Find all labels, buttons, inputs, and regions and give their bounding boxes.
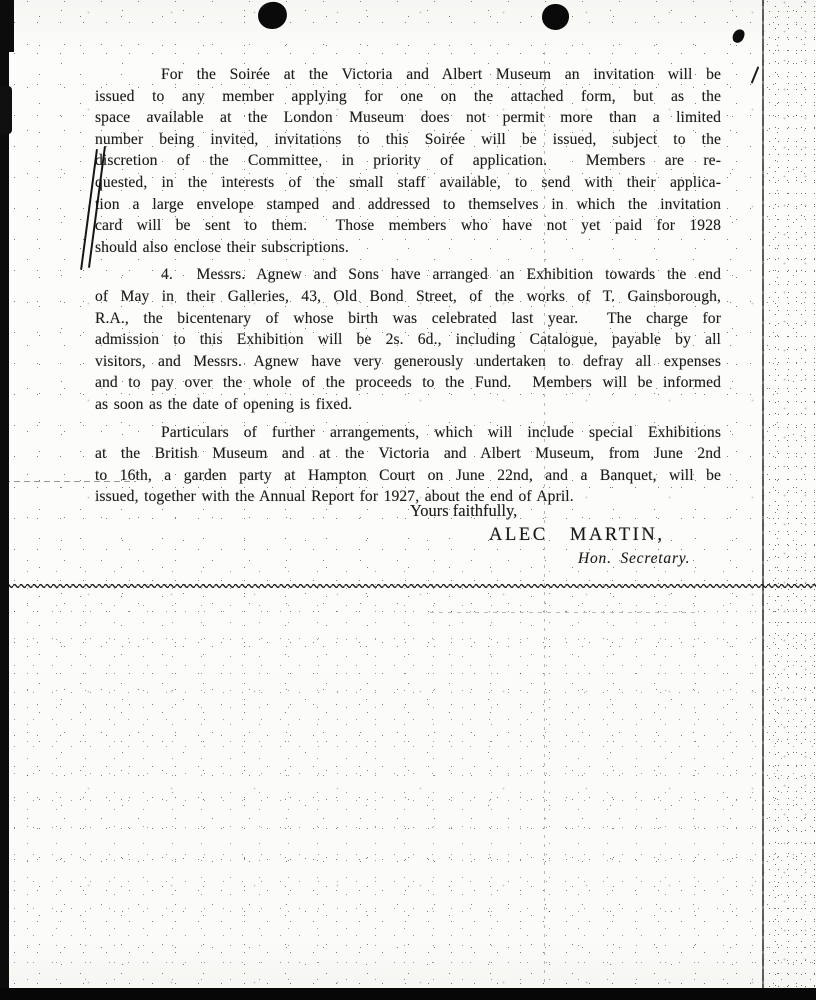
- scan-edge-left-top: [0, 0, 14, 52]
- vertical-crease: [544, 52, 545, 988]
- text-line: number being invited, invitations to thi…: [95, 129, 721, 151]
- text-line: R.A., the bicentenary of whose birth was…: [95, 308, 721, 330]
- punch-hole-right: [541, 3, 571, 32]
- paragraph-further-arrangements: Particulars of further arrangements, whi…: [95, 422, 721, 508]
- page-fold-line: [762, 0, 764, 1000]
- text-line: For the Soirée at the Victoria and Alber…: [95, 64, 721, 86]
- horizontal-crease-middle: [430, 612, 700, 613]
- text-line: discretion of the Committee, in priority…: [95, 150, 721, 172]
- text-line: as soon as the date of opening is fixed.: [95, 394, 721, 416]
- signature-name: ALEC MARTIN,: [489, 525, 665, 546]
- text-line: should also enclose their subscriptions.: [95, 237, 721, 259]
- text-line: Particulars of further arrangements, whi…: [95, 422, 721, 444]
- horizontal-crease-left: [4, 481, 136, 482]
- text-line: card will be sent to them. Those members…: [95, 215, 721, 237]
- text-line: at the British Museum and at the Victori…: [95, 443, 721, 465]
- text-line: 4. Messrs. Agnew and Sons have arranged …: [95, 264, 721, 286]
- text-line: issued, together with the Annual Report …: [95, 486, 721, 508]
- scan-edge-left: [0, 0, 9, 1000]
- text-line: tion a large envelope stamped and addres…: [95, 194, 721, 216]
- text-line: space available at the London Museum doe…: [95, 107, 721, 129]
- wavy-rule: [0, 582, 816, 590]
- scan-noise-lower: [0, 560, 816, 990]
- ink-stroke: [751, 66, 760, 83]
- scan-noise-right-strip: [763, 0, 816, 1000]
- text-line: and to pay over the whole of the proceed…: [95, 372, 721, 394]
- scanned-letter-page: For the Soirée at the Victoria and Alber…: [0, 0, 816, 1000]
- scan-edge-bottom: [0, 988, 816, 1000]
- scan-edge-left-bump: [0, 86, 12, 134]
- valediction: Yours faithfully,: [410, 501, 517, 521]
- text-line: to 16th, a garden party at Hampton Court…: [95, 465, 721, 487]
- text-line: of May in their Galleries, 43, Old Bond …: [95, 286, 721, 308]
- text-line: admission to this Exhibition will be 2s.…: [95, 329, 721, 351]
- text-line: quested, in the interests of the small s…: [95, 172, 721, 194]
- letter-body: For the Soirée at the Victoria and Alber…: [95, 64, 721, 508]
- paragraph-soiree: For the Soirée at the Victoria and Alber…: [95, 64, 721, 258]
- text-line: issued to any member applying for one on…: [95, 86, 721, 108]
- punch-hole-left: [256, 0, 288, 31]
- text-line: visitors, and Messrs. Agnew have very ge…: [95, 351, 721, 373]
- signature-title: Hon. Secretary.: [578, 550, 690, 568]
- paragraph-agnew-exhibition: 4. Messrs. Agnew and Sons have arranged …: [95, 264, 721, 415]
- ink-blot: [731, 28, 746, 45]
